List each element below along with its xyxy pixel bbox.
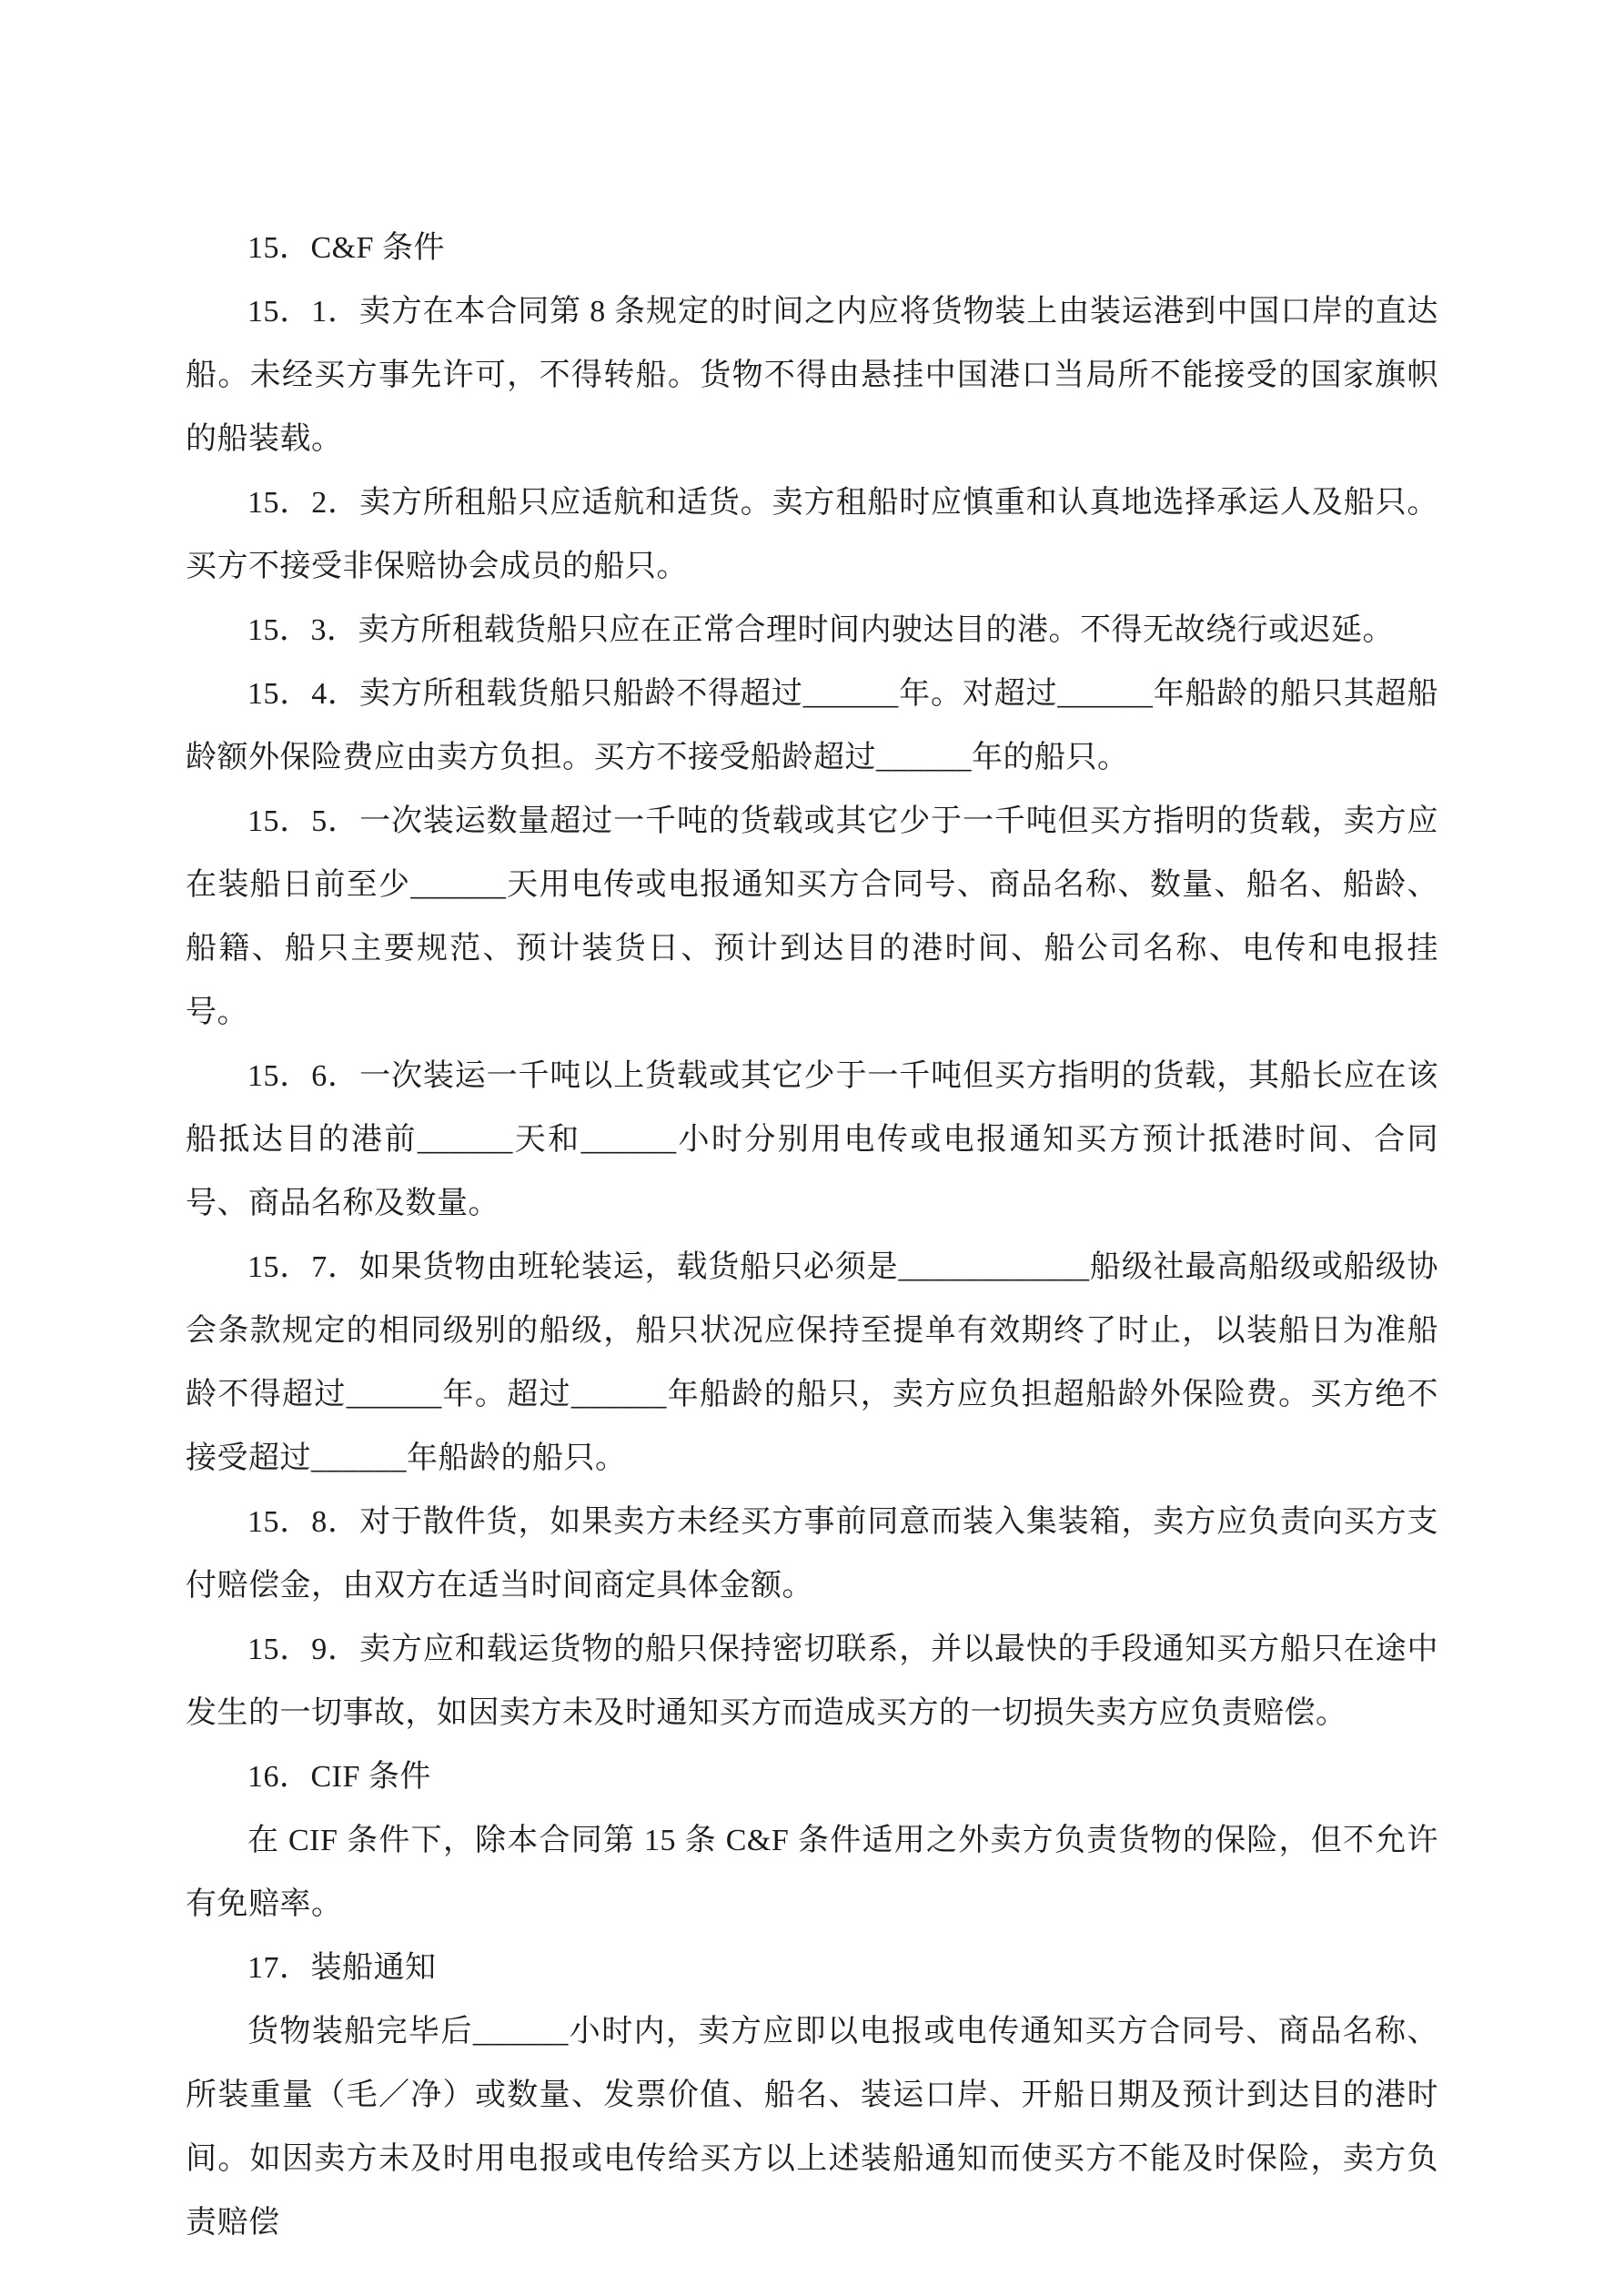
clause-15-9: 15．9．卖方应和载运货物的船只保持密切联系，并以最快的手段通知买方船只在途中发… xyxy=(186,1618,1438,1745)
clause-15-7: 15．7．如果货物由班轮装运，载货船只必须是____________船级社最高船… xyxy=(186,1236,1438,1491)
clause-15-8: 15．8．对于散件货，如果卖方未经买方事前同意而装入集装箱，卖方应负责向买方支付… xyxy=(186,1491,1438,1618)
clause-15-1: 15．1．卖方在本合同第 8 条规定的时间之内应将货物装上由装运港到中国口岸的直… xyxy=(186,280,1438,471)
contract-document-page: 15．C&F 条件 15．1．卖方在本合同第 8 条规定的时间之内应将货物装上由… xyxy=(0,0,1624,2296)
clause-15-6: 15．6．一次装运一千吨以上货载或其它少于一千吨但买方指明的货载，其船长应在该船… xyxy=(186,1045,1438,1236)
clause-15-3: 15．3．卖方所租载货船只应在正常合理时间内驶达目的港。不得无故绕行或迟延。 xyxy=(186,599,1438,663)
clause-15-2: 15．2．卖方所租船只应适航和适货。卖方租船时应慎重和认真地选择承运人及船只。买… xyxy=(186,471,1438,599)
clause-15-4: 15．4．卖方所租载货船只船龄不得超过______年。对超过______年船龄的… xyxy=(186,663,1438,790)
clause-16-body: 在 CIF 条件下，除本合同第 15 条 C&F 条件适用之外卖方负责货物的保险… xyxy=(186,1809,1438,1937)
section-heading-16: 16．CIF 条件 xyxy=(186,1745,1438,1809)
section-heading-17: 17．装船通知 xyxy=(186,1937,1438,2000)
section-heading-15: 15．C&F 条件 xyxy=(186,217,1438,280)
clause-17-body: 货物装船完毕后______小时内，卖方应即以电报或电传通知买方合同号、商品名称、… xyxy=(186,2000,1438,2255)
document-body: 15．C&F 条件 15．1．卖方在本合同第 8 条规定的时间之内应将货物装上由… xyxy=(186,217,1438,2255)
clause-15-5: 15．5．一次装运数量超过一千吨的货载或其它少于一千吨但买方指明的货载，卖方应在… xyxy=(186,790,1438,1045)
